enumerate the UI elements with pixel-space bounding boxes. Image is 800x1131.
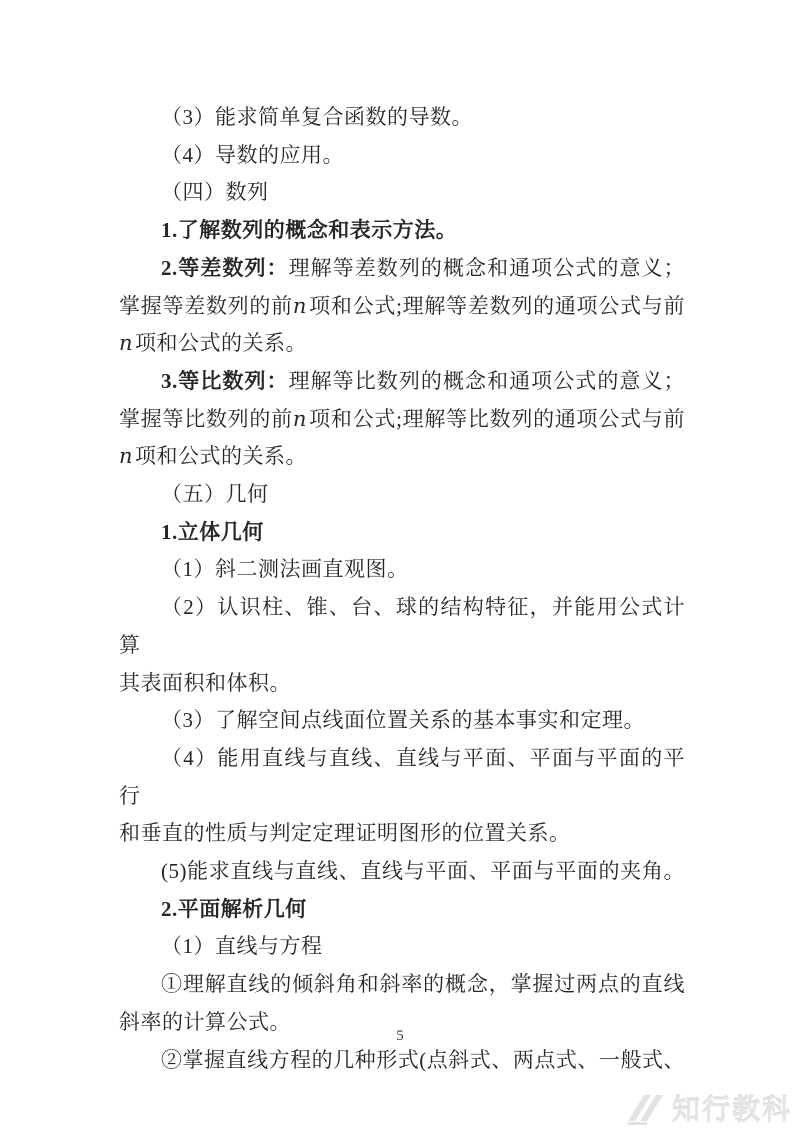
text-segment: 项和公式的关系。 <box>135 331 307 355</box>
text-segment: 3.等比数列： <box>161 369 289 393</box>
text-segment: 理解等差数列的概念和通项公式的意义； <box>289 256 685 280</box>
text-segment: （4）导数的应用。 <box>161 143 344 167</box>
text-line: （四）数列 <box>119 174 685 212</box>
text-segment: （4）能用直线与直线、直线与平面、平面与平面的平行 <box>119 746 685 808</box>
text-segment: （四）数列 <box>161 180 269 204</box>
text-segment: 2.等差数列： <box>161 256 289 280</box>
text-segment: （1）直线与方程 <box>161 934 323 958</box>
text-line: ①理解直线的倾斜角和斜率的概念，掌握过两点的直线 <box>119 966 685 1004</box>
text-segment: n <box>293 407 309 431</box>
text-segment: 项和公式;理解等比数列的通项公式与前 <box>309 407 685 431</box>
text-segment: （3）了解空间点线面位置关系的基本事实和定理。 <box>161 708 645 732</box>
text-line: （五）几何 <box>119 476 685 514</box>
text-line: n项和公式的关系。 <box>119 438 685 476</box>
watermark: 知行教科 <box>627 1094 792 1126</box>
page-number: 5 <box>0 1028 800 1045</box>
text-segment: 1.了解数列的概念和表示方法。 <box>161 218 457 242</box>
text-line: 和垂直的性质与判定定理证明图形的位置关系。 <box>119 815 685 853</box>
text-line: （3）能求简单复合函数的导数。 <box>119 99 685 137</box>
text-line: 其表面积和体积。 <box>119 665 685 703</box>
text-segment: n <box>119 331 135 355</box>
text-line: 2.平面解析几何 <box>119 891 685 929</box>
text-segment: 掌握等差数列的前 <box>119 294 293 318</box>
text-segment: 掌握等比数列的前 <box>119 407 293 431</box>
page: （3）能求简单复合函数的导数。（4）导数的应用。（四）数列1.了解数列的概念和表… <box>0 0 800 1131</box>
text-segment: （2）认识柱、锥、台、球的结构特征，并能用公式计算 <box>119 595 685 657</box>
text-line: ②掌握直线方程的几种形式(点斜式、两点式、一般式、 <box>119 1042 685 1080</box>
text-line: （4）导数的应用。 <box>119 137 685 175</box>
text-segment: (5)能求直线与直线、直线与平面、平面与平面的夹角。 <box>161 859 685 883</box>
text-segment: ①理解直线的倾斜角和斜率的概念，掌握过两点的直线 <box>161 972 685 996</box>
text-line: n项和公式的关系。 <box>119 325 685 363</box>
text-segment: 理解等比数列的概念和通项公式的意义； <box>289 369 685 393</box>
text-line: （1）直线与方程 <box>119 928 685 966</box>
text-segment: 项和公式;理解等差数列的通项公式与前 <box>309 294 685 318</box>
text-line: 3.等比数列：理解等比数列的概念和通项公式的意义； <box>119 363 685 401</box>
text-segment: n <box>293 294 309 318</box>
text-segment: 2.平面解析几何 <box>161 897 307 921</box>
text-segment: 和垂直的性质与判定定理证明图形的位置关系。 <box>119 821 571 845</box>
text-line: （2）认识柱、锥、台、球的结构特征，并能用公式计算 <box>119 589 685 664</box>
document-body: （3）能求简单复合函数的导数。（4）导数的应用。（四）数列1.了解数列的概念和表… <box>119 99 685 1079</box>
text-segment: ②掌握直线方程的几种形式(点斜式、两点式、一般式、 <box>161 1048 685 1072</box>
watermark-text: 知行教科 <box>672 1094 792 1126</box>
text-line: 2.等差数列：理解等差数列的概念和通项公式的意义； <box>119 250 685 288</box>
text-segment: （1）斜二测法画直观图。 <box>161 557 409 581</box>
text-line: 掌握等比数列的前n项和公式;理解等比数列的通项公式与前 <box>119 401 685 439</box>
text-segment: 其表面积和体积。 <box>119 671 291 695</box>
text-segment: （3）能求简单复合函数的导数。 <box>161 105 473 129</box>
text-line: （4）能用直线与直线、直线与平面、平面与平面的平行 <box>119 740 685 815</box>
text-line: (5)能求直线与直线、直线与平面、平面与平面的夹角。 <box>119 853 685 891</box>
text-segment: （五）几何 <box>161 482 269 506</box>
text-segment: 项和公式的关系。 <box>135 444 307 468</box>
text-line: （3）了解空间点线面位置关系的基本事实和定理。 <box>119 702 685 740</box>
watermark-logo-icon <box>627 1094 667 1126</box>
text-line: （1）斜二测法画直观图。 <box>119 551 685 589</box>
text-segment: 1.立体几何 <box>161 520 264 544</box>
text-line: 掌握等差数列的前n项和公式;理解等差数列的通项公式与前 <box>119 288 685 326</box>
text-line: 1.立体几何 <box>119 514 685 552</box>
text-segment: n <box>119 444 135 468</box>
text-line: 1.了解数列的概念和表示方法。 <box>119 212 685 250</box>
